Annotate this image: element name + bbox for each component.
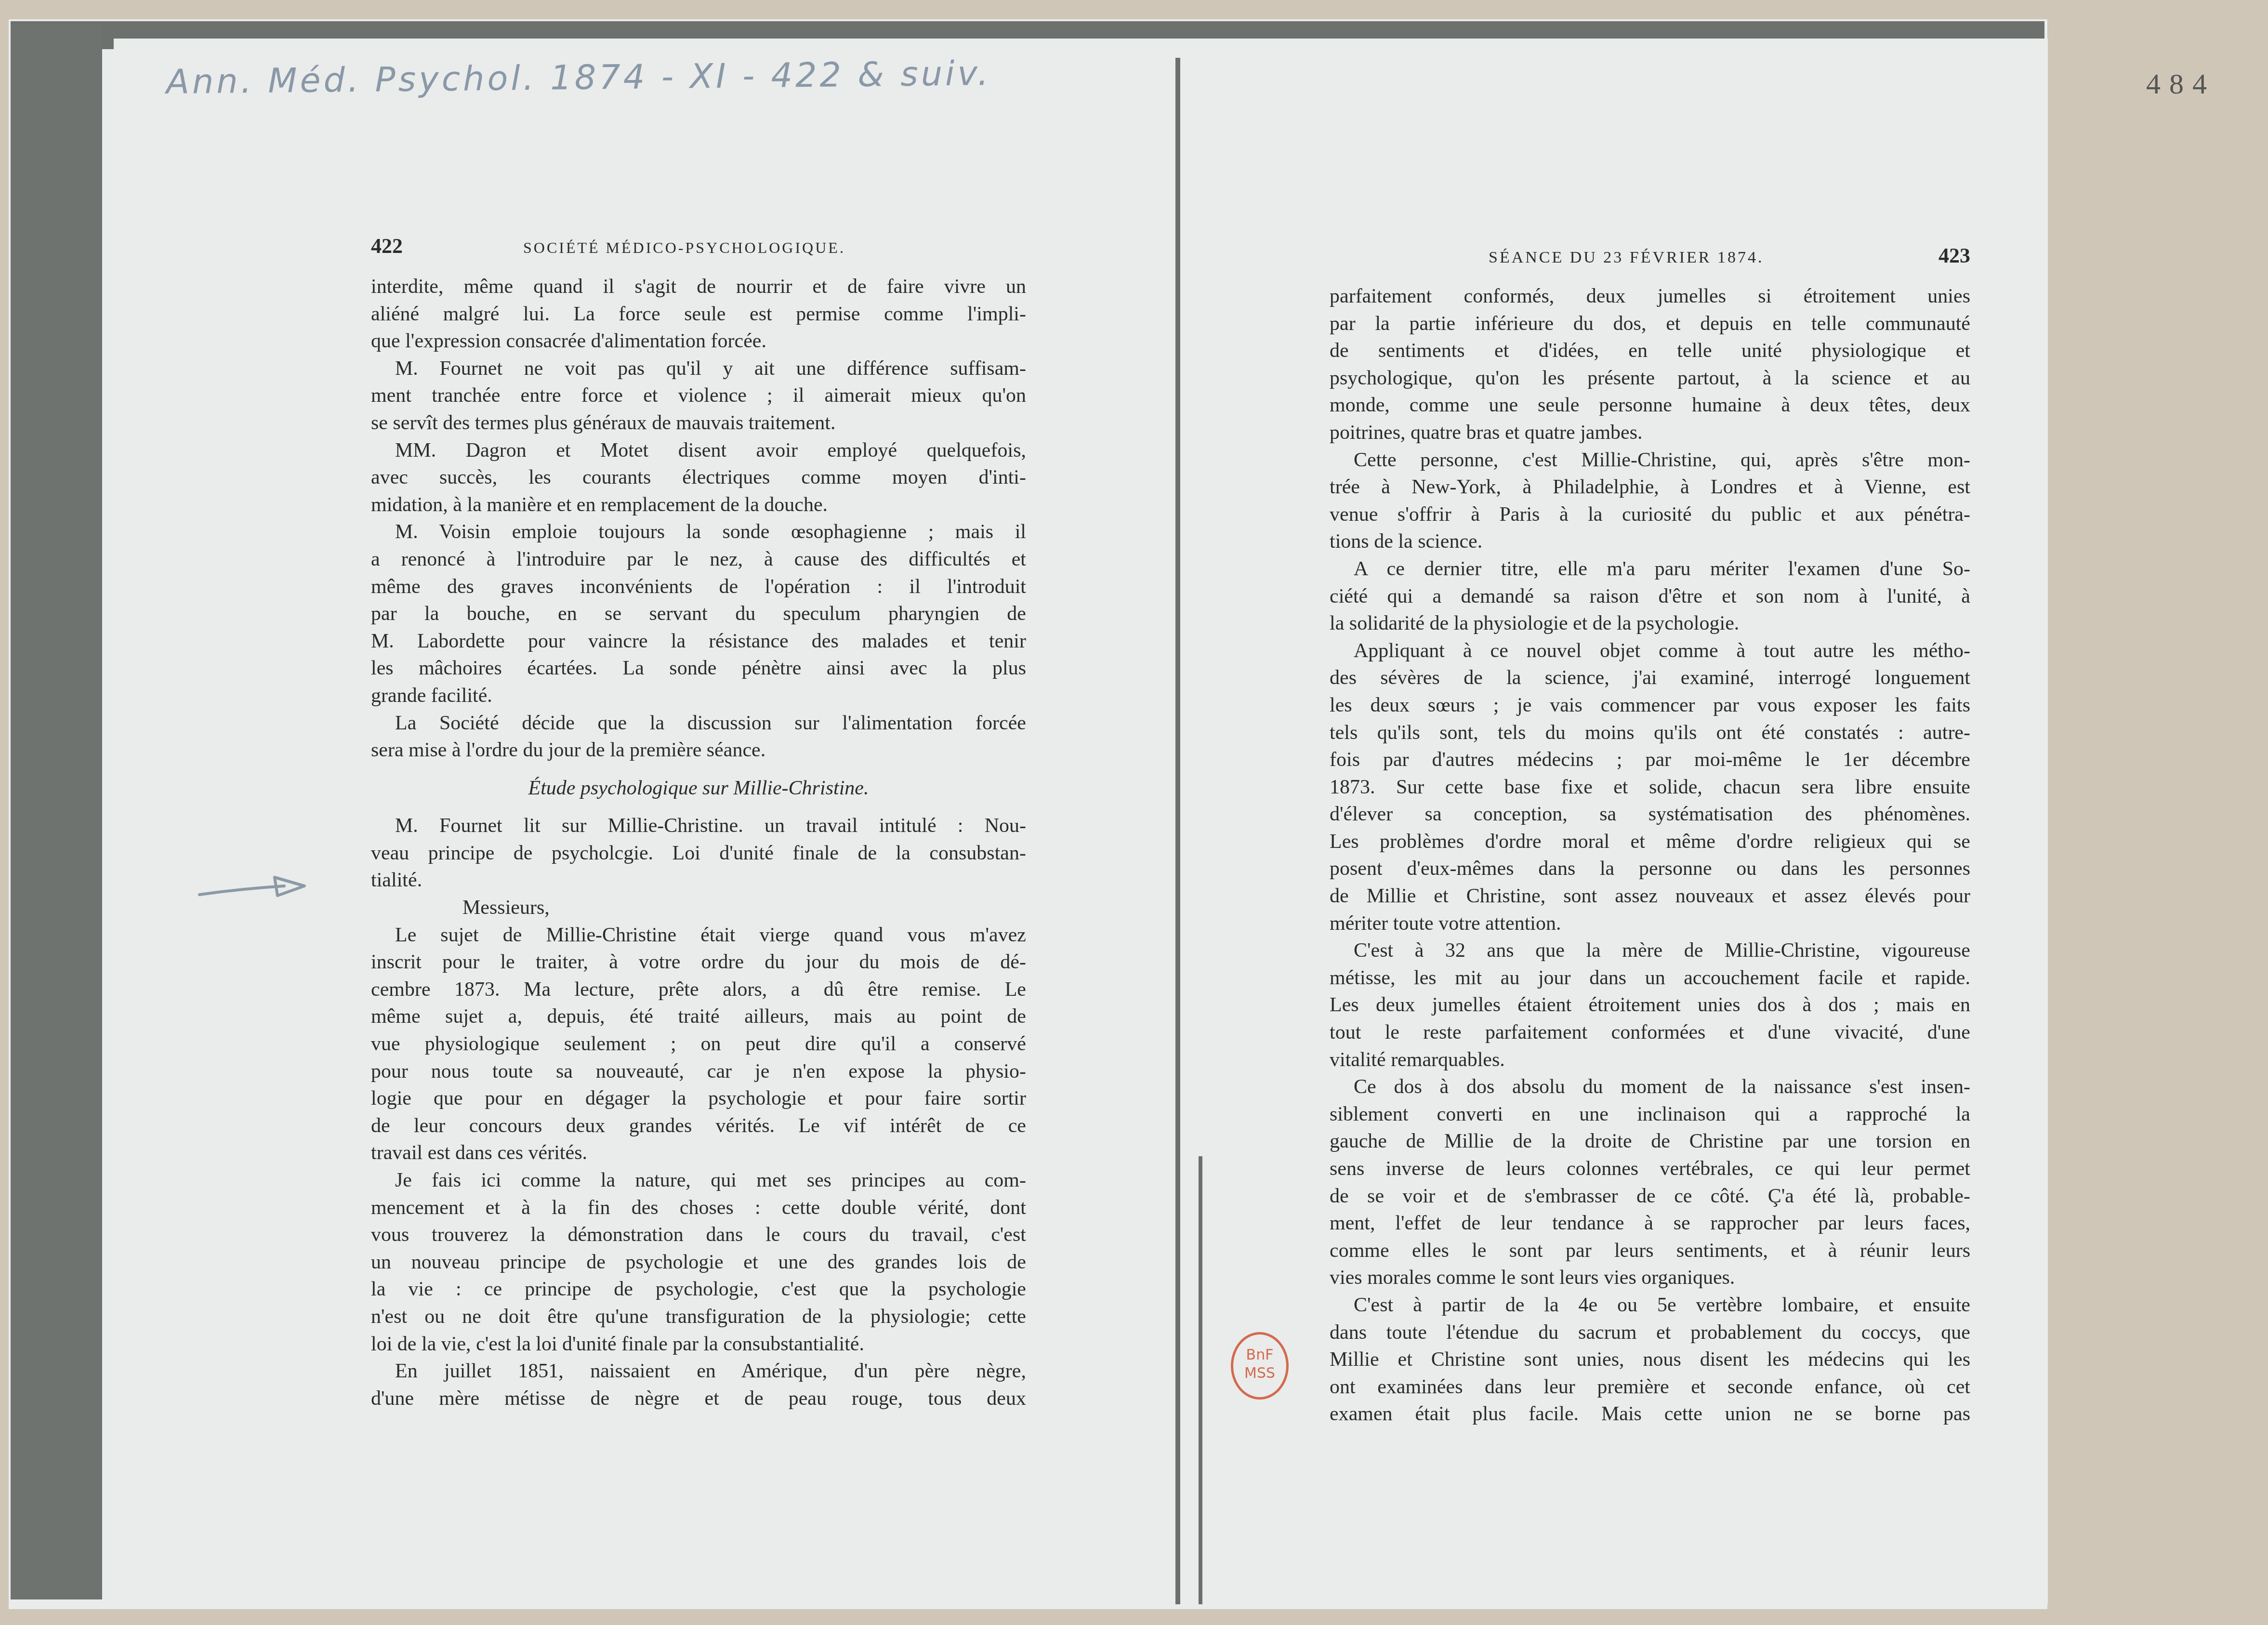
- text-line: un nouveau principe de psychologie et un…: [371, 1249, 1026, 1276]
- text-line: les mâchoires écartées. La sonde pénètre…: [371, 655, 1026, 682]
- text-line: grande facilité.: [371, 682, 1026, 710]
- right-page: Séance du 23 février 1874. 423 parfaitem…: [1330, 243, 1970, 1428]
- text-line: métisse, les mit au jour dans un accouch…: [1330, 964, 1970, 992]
- salutation: Messieurs,: [371, 894, 1026, 922]
- text-line: loi de la vie, c'est la loi d'unité fina…: [371, 1331, 1026, 1358]
- text-line: logie que pour en dégager la psychologie…: [371, 1085, 1026, 1112]
- text-line: siblement converti en une inclinaison qu…: [1330, 1101, 1970, 1128]
- text-line: de sentiments et d'idées, en telle unité…: [1330, 337, 1970, 365]
- text-line: La Société décide que la discussion sur …: [371, 710, 1026, 737]
- book-gutter-line-secondary: [1199, 1156, 1202, 1604]
- text-line: dans toute l'étendue du sacrum et probab…: [1330, 1319, 1970, 1347]
- text-line: aliéné malgré lui. La force seule est pe…: [371, 301, 1026, 328]
- text-line: Les deux jumelles étaient étroitement un…: [1330, 991, 1970, 1019]
- text-line: Les problèmes d'ordre moral et même d'or…: [1330, 828, 1970, 856]
- text-line: d'élever sa conception, sa systématisati…: [1330, 801, 1970, 828]
- text-line: tions de la science.: [1330, 528, 1970, 555]
- text-line: que l'expression consacrée d'alimentatio…: [371, 328, 1026, 355]
- text-line: la vie : ce principe de psychologie, c'e…: [371, 1276, 1026, 1303]
- text-line: mencement et à la fin des choses : cette…: [371, 1194, 1026, 1222]
- text-line: n'est ou ne doit être qu'une transfigura…: [371, 1303, 1026, 1331]
- text-line: des sévères de la science, j'ai examiné,…: [1330, 664, 1970, 692]
- text-line: Appliquant à ce nouvel objet comme à tou…: [1330, 637, 1970, 665]
- text-line: monde, comme une seule personne humaine …: [1330, 392, 1970, 419]
- text-line: de se voir et de s'embrasser de ce côté.…: [1330, 1183, 1970, 1210]
- scan-frame-left: [11, 24, 102, 1599]
- text-line: pour nous toute sa nouveauté, car je n'e…: [371, 1058, 1026, 1085]
- text-line: vitalité remarquables.: [1330, 1046, 1970, 1074]
- folio-number: 484: [2146, 67, 2215, 101]
- left-body-part1: interdite, même quand il s'agit de nourr…: [371, 273, 1026, 764]
- text-line: poitrines, quatre bras et quatre jambes.: [1330, 419, 1970, 447]
- text-line: ciété qui a demandé sa raison d'être et …: [1330, 583, 1970, 610]
- text-line: comme elles le sont par leurs sentiments…: [1330, 1237, 1970, 1265]
- text-line: fois par d'autres médecins ; par moi-mêm…: [1330, 746, 1970, 774]
- text-line: interdite, même quand il s'agit de nourr…: [371, 273, 1026, 301]
- text-line: cembre 1873. Ma lecture, prête alors, a …: [371, 976, 1026, 1004]
- text-line: par la partie inférieure du dos, et depu…: [1330, 310, 1970, 338]
- left-body-part3: Le sujet de Millie-Christine était vierg…: [371, 922, 1026, 1413]
- text-line: tialité.: [371, 867, 1026, 894]
- text-line: même sujet a, depuis, été traité ailleur…: [371, 1003, 1026, 1030]
- left-page-number: 422: [371, 234, 403, 258]
- text-line: sera mise à l'ordre du jour de la premiè…: [371, 737, 1026, 764]
- text-line: parfaitement conformés, deux jumelles si…: [1330, 283, 1970, 310]
- text-line: se servît des termes plus généraux de ma…: [371, 410, 1026, 437]
- text-line: sens inverse de leurs colonnes vertébral…: [1330, 1155, 1970, 1183]
- text-line: vous trouverez la démonstration dans le …: [371, 1221, 1026, 1249]
- bnf-library-stamp: BnF MSS: [1231, 1332, 1289, 1400]
- text-line: même des graves inconvénients de l'opéra…: [371, 573, 1026, 601]
- text-line: inscrit pour le traiter, à votre ordre d…: [371, 949, 1026, 976]
- text-line: gauche de Millie de la droite de Christi…: [1330, 1128, 1970, 1155]
- text-line: ont examinées dans leur première et seco…: [1330, 1374, 1970, 1401]
- text-line: de leur concours deux grandes vérités. L…: [371, 1112, 1026, 1140]
- stamp-line-1: BnF: [1233, 1346, 1286, 1364]
- left-body-part2: M. Fournet lit sur Millie-Christine. un …: [371, 812, 1026, 894]
- text-line: C'est à 32 ans que la mère de Millie-Chr…: [1330, 937, 1970, 964]
- text-line: posent d'eux-mêmes dans la personne ou d…: [1330, 855, 1970, 883]
- text-line: travail est dans ces vérités.: [371, 1139, 1026, 1167]
- book-gutter-line: [1175, 58, 1180, 1604]
- stamp-line-2: MSS: [1233, 1364, 1286, 1383]
- text-line: veau principe de psycholcgie. Loi d'unit…: [371, 840, 1026, 867]
- text-line: midation, à la manière et en remplacemen…: [371, 491, 1026, 519]
- left-running-title: Société médico-psychologique.: [523, 239, 845, 257]
- text-line: M. Fournet ne voit pas qu'il y ait une d…: [371, 355, 1026, 383]
- text-line: M. Fournet lit sur Millie-Christine. un …: [371, 812, 1026, 840]
- left-page: 422 Société médico-psychologique. interd…: [371, 234, 1026, 1412]
- text-line: M. Voisin emploie toujours la sonde œsop…: [371, 518, 1026, 546]
- text-line: ment, l'effet de leur tendance à se rapp…: [1330, 1210, 1970, 1237]
- text-line: 1873. Sur cette base fixe et solide, cha…: [1330, 774, 1970, 801]
- text-line: Millie et Christine sont unies, nous dis…: [1330, 1346, 1970, 1374]
- text-line: Ce dos à dos absolu du moment de la nais…: [1330, 1073, 1970, 1101]
- left-running-head: 422 Société médico-psychologique.: [371, 234, 1026, 263]
- text-line: tout le reste parfaitement conformées et…: [1330, 1019, 1970, 1046]
- text-line: d'une mère métisse de nègre et de peau r…: [371, 1385, 1026, 1413]
- text-line: examen était plus facile. Mais cette uni…: [1330, 1400, 1970, 1428]
- text-line: En juillet 1851, naissaient en Amérique,…: [371, 1358, 1026, 1385]
- text-line: par la bouche, en se servant du speculum…: [371, 600, 1026, 628]
- text-line: a renoncé à l'introduire par le nez, à c…: [371, 546, 1026, 573]
- text-line: vies morales comme le sont leurs vies or…: [1330, 1264, 1970, 1292]
- section-title: Étude psychologique sur Millie-Christine…: [371, 775, 1026, 802]
- right-running-head: Séance du 23 février 1874. 423: [1330, 243, 1970, 272]
- margin-arrow-icon: [198, 874, 308, 898]
- right-body: parfaitement conformés, deux jumelles si…: [1330, 283, 1970, 1428]
- text-line: la solidarité de la physiologie et de la…: [1330, 610, 1970, 637]
- text-line: les deux sœurs ; je vais commencer par v…: [1330, 692, 1970, 719]
- text-line: Je fais ici comme la nature, qui met ses…: [371, 1167, 1026, 1194]
- text-line: A ce dernier titre, elle m'a paru mérite…: [1330, 555, 1970, 583]
- text-line: C'est à partir de la 4e ou 5e vertèbre l…: [1330, 1292, 1970, 1319]
- text-line: tels qu'ils sont, tels du moins qu'ils o…: [1330, 719, 1970, 747]
- text-line: vue physiologique seulement ; on peut di…: [371, 1030, 1026, 1058]
- text-line: Cette personne, c'est Millie-Christine, …: [1330, 447, 1970, 474]
- text-line: Le sujet de Millie-Christine était vierg…: [371, 922, 1026, 949]
- text-line: MM. Dagron et Motet disent avoir employé…: [371, 437, 1026, 464]
- text-line: ment tranchée entre force et violence ; …: [371, 382, 1026, 410]
- text-line: psychologique, qu'on les présente partou…: [1330, 365, 1970, 392]
- right-running-title: Séance du 23 février 1874.: [1489, 249, 1764, 267]
- text-line: venue s'offrir à Paris à la curiosité du…: [1330, 501, 1970, 528]
- text-line: M. Labordette pour vaincre la résistance…: [371, 628, 1026, 655]
- right-page-number: 423: [1938, 243, 1970, 268]
- text-line: de Millie et Christine, sont assez nouve…: [1330, 883, 1970, 910]
- text-line: avec succès, les courants électriques co…: [371, 464, 1026, 491]
- text-line: mériter toute votre attention.: [1330, 910, 1970, 938]
- text-line: trée à New-York, à Philadelphie, à Londr…: [1330, 474, 1970, 501]
